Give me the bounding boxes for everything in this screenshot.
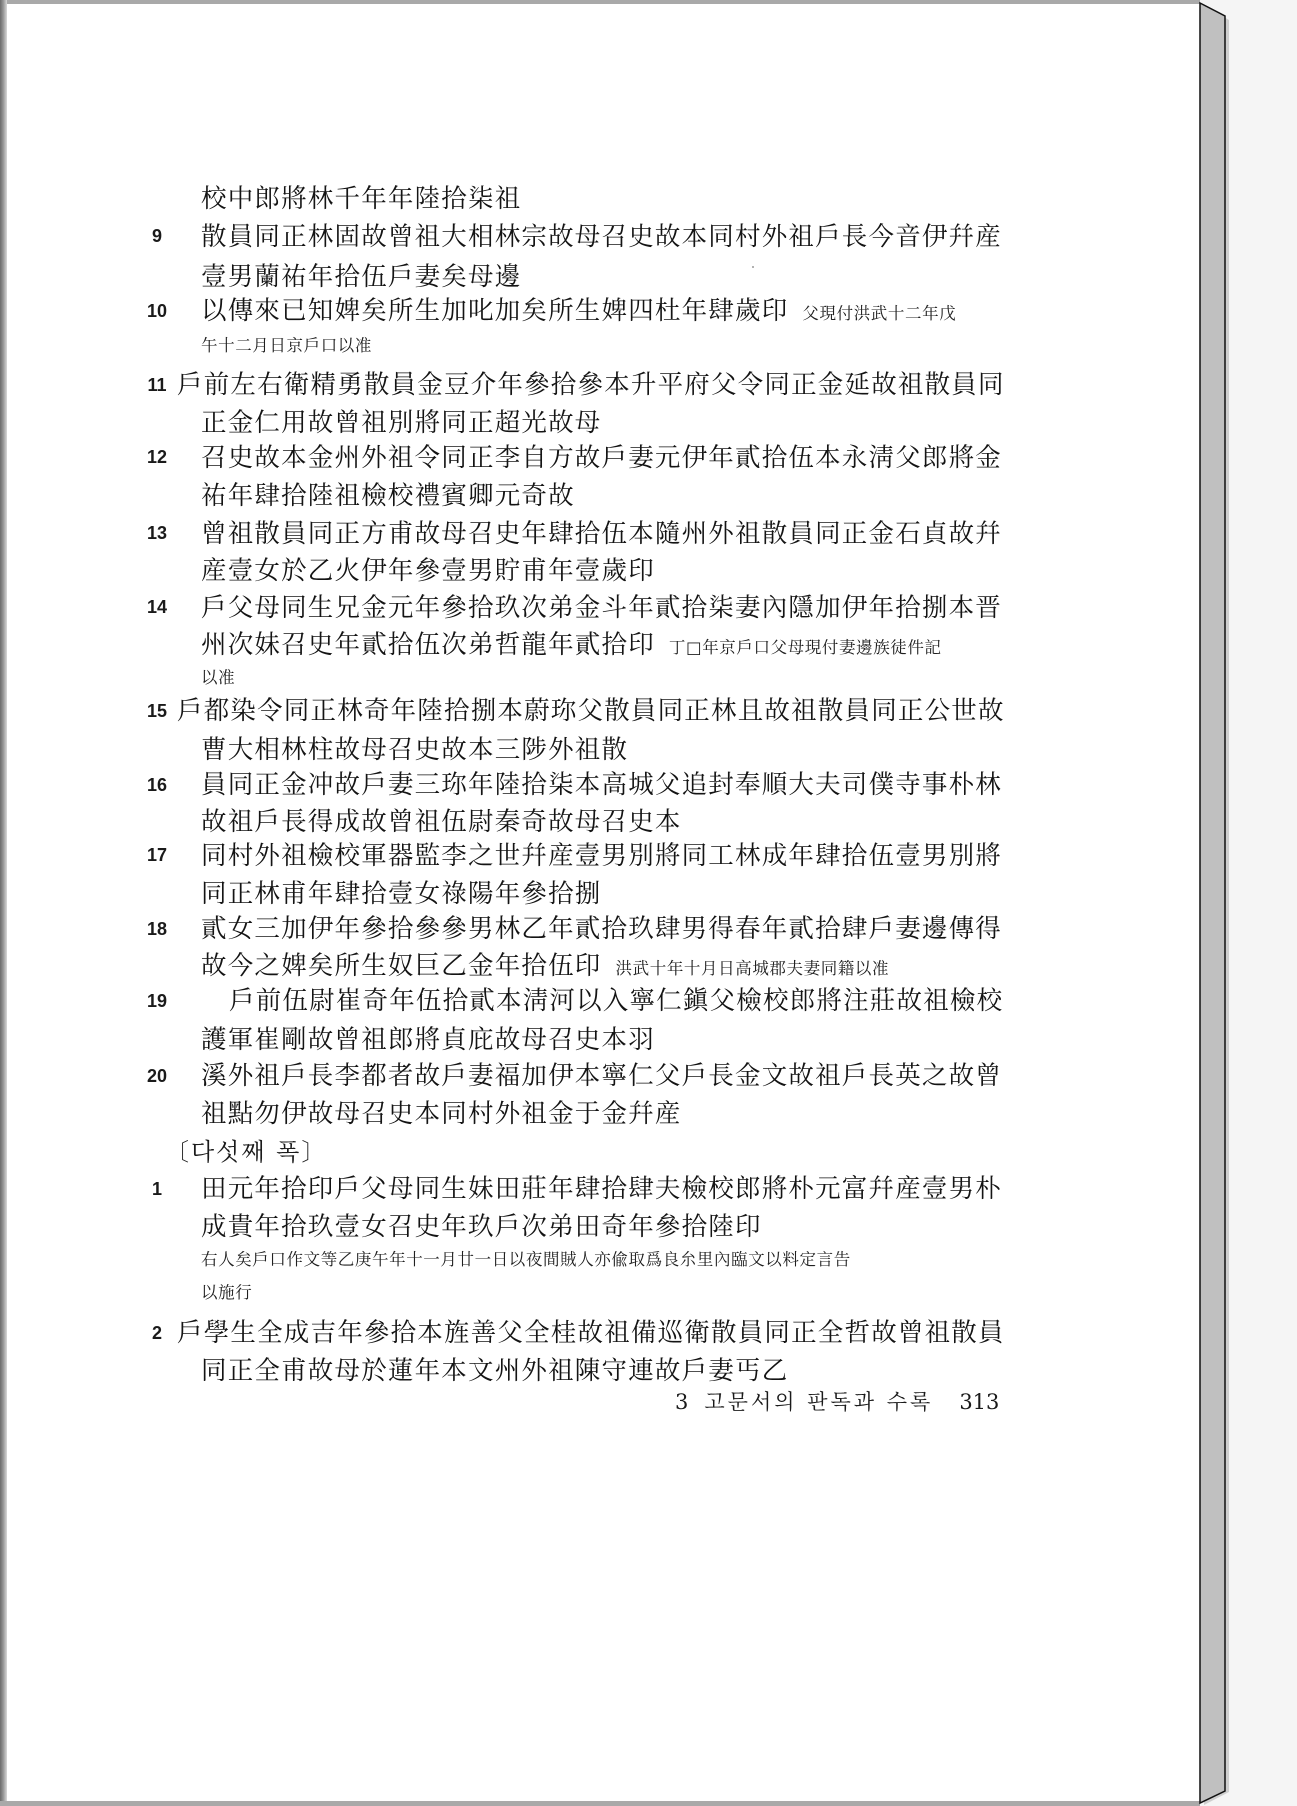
line-number: 18 bbox=[132, 919, 182, 940]
annotation-line: 以准 bbox=[201, 664, 235, 688]
text-line: 以傳來已知婢矣所生加叱加矣所生婢四杜年肆歲印父現付洪武十二年戊 bbox=[201, 291, 956, 327]
annotation-line: 右人矣戶口作文等乙庚午年十一月廿一日以夜間賊人亦偸取爲良厼里內臨文以料定言告 bbox=[201, 1246, 851, 1270]
annotation-note: 丁□年京戶口父母現付妻邊族徒件記 bbox=[669, 638, 942, 657]
text-line: 祐年肆拾陸祖檢校禮賓卿元奇故 bbox=[201, 476, 575, 512]
text-line: 祖點勿伊故母召史本同村外祖金于金幷産 bbox=[201, 1094, 682, 1130]
line-number: 2 bbox=[132, 1323, 182, 1344]
text-line: 田元年拾印戶父母同生妹田莊年肆拾肆夫檢校郎將朴元富幷産壹男朴 bbox=[201, 1169, 1002, 1205]
text-line: 戶父母同生兄金元年參拾玖次弟金斗年貳拾柒妻內隱加伊年拾捌本晋 bbox=[201, 588, 1002, 624]
text-line: 同正全甫故母於蓮年本文州外祖陳守連故戶妻丐乙 bbox=[201, 1351, 788, 1387]
text-line: 同正林甫年肆拾壹女祿陽年參拾捌 bbox=[201, 874, 602, 910]
line-number: 17 bbox=[132, 845, 182, 866]
text-line: 貳女三加伊年參拾參參男林乙年貳拾玖肆男得春年貳拾肆戶妻邊傳得 bbox=[201, 909, 1002, 945]
text-line: 同村外祖檢校軍器監李之世幷産壹男別將同工林成年肆拾伍壹男別將 bbox=[201, 836, 1002, 872]
text-line: 故祖戶長得成故曾祖伍尉秦奇故母召史本 bbox=[201, 802, 682, 838]
main-text-span: 以傳來已知婢矣所生加叱加矣所生婢四杜年肆歲印 bbox=[201, 296, 788, 326]
text-line: 員同正金冲故戶妻三珎年陸拾柒本高城父追封奉順大夫司僕寺事朴林 bbox=[201, 765, 1002, 801]
line-number: 1 bbox=[132, 1179, 182, 1200]
text-line: 正金仁用故曾祖別將同正超光故母 bbox=[201, 403, 602, 439]
page-footer: 3고문서의 판독과 수록313 bbox=[675, 1386, 999, 1416]
page-left-edge-shadow bbox=[0, 0, 7, 1806]
annotation-line: 以施行 bbox=[201, 1279, 252, 1303]
annotation-note: 洪武十年十月日高城郡夫妻同籍以准 bbox=[616, 959, 890, 978]
line-number: 15 bbox=[132, 701, 182, 722]
scan-speck bbox=[752, 266, 754, 268]
section-heading: 〔다섯째 폭〕 bbox=[165, 1132, 327, 1167]
text-line: 戶都染令同正林奇年陸拾捌本蔚珎父散員同正林且故祖散員同正公世故 bbox=[177, 691, 1005, 727]
main-text-span: 故今之婢矣所生奴巨乙金年拾伍印 bbox=[201, 951, 602, 981]
page-bottom-border bbox=[0, 1801, 1200, 1806]
text-line: 産壹女於乙火伊年參壹男貯甫年壹歲印 bbox=[201, 551, 655, 587]
text-line: 溪外祖戶長李都者故戶妻福加伊本寧仁父戶長金文故祖戶長英之故曾 bbox=[201, 1056, 1002, 1092]
line-number: 19 bbox=[132, 991, 182, 1012]
page-number: 313 bbox=[959, 1390, 999, 1414]
text-line: 曹大相林柱故母召史故本三陟外祖散 bbox=[201, 730, 628, 766]
text-line: 曾祖散員同正方甫故母召史年肆拾伍本隨州外祖散員同正金石貞故幷 bbox=[201, 514, 1002, 550]
text-line: 成貴年拾玖壹女召史年玖戶次弟田奇年參拾陸印 bbox=[201, 1207, 762, 1243]
main-text-span: 州次妹召史年貳拾伍次弟哲龍年貳拾印 bbox=[201, 630, 655, 660]
annotation-line: 午十二月日京戶口以准 bbox=[201, 332, 372, 356]
text-line: 召史故本金州外祖令同正李自方故戶妻元伊年貳拾伍本永淸父郎將金 bbox=[201, 438, 1002, 474]
text-line: 戶學生全成吉年參拾本旌善父全桂故祖備巡衛散員同正全哲故曾祖散員 bbox=[177, 1313, 1005, 1349]
line-number: 20 bbox=[132, 1066, 182, 1087]
text-line: 護軍崔剛故曾祖郎將貞庇故母召史本羽 bbox=[201, 1020, 655, 1056]
line-number: 13 bbox=[132, 523, 182, 544]
annotation-note: 父現付洪武十二年戊 bbox=[802, 304, 956, 323]
line-number: 12 bbox=[132, 447, 182, 468]
line-number: 10 bbox=[132, 301, 182, 322]
page-edge-curl bbox=[1195, 0, 1297, 1806]
text-line: 故今之婢矣所生奴巨乙金年拾伍印洪武十年十月日高城郡夫妻同籍以准 bbox=[201, 946, 889, 982]
book-page: 校中郎將林千年年陸拾柒祖 9 散員同正林固故曾祖大相林宗故母召史故本同村外祖戶長… bbox=[7, 4, 1199, 1801]
text-line: 散員同正林固故曾祖大相林宗故母召史故本同村外祖戶長今音伊幷産 bbox=[201, 217, 1002, 253]
text-line: 州次妹召史年貳拾伍次弟哲龍年貳拾印丁□年京戶口父母現付妻邊族徒件記 bbox=[201, 625, 942, 661]
chapter-title: 고문서의 판독과 수록 bbox=[704, 1390, 933, 1414]
line-number: 16 bbox=[132, 775, 182, 796]
text-line: 校中郎將林千年年陸拾柒祖 bbox=[201, 179, 521, 215]
line-number: 14 bbox=[132, 597, 182, 618]
text-line: 壹男蘭祐年拾伍戶妻矣母邊 bbox=[201, 257, 521, 293]
line-number: 11 bbox=[132, 375, 182, 396]
chapter-number: 3 bbox=[675, 1390, 688, 1414]
line-number: 9 bbox=[132, 226, 182, 247]
text-line: 戶前伍尉崔奇年伍拾貳本淸河以入寧仁鎭父檢校郎將注莊故祖檢校 bbox=[229, 981, 1003, 1017]
text-line: 戶前左右衛精勇散員金豆介年參拾參本升平府父令同正金延故祖散員同 bbox=[177, 365, 1005, 401]
document-viewer: 校中郎將林千年年陸拾柒祖 9 散員同正林固故曾祖大相林宗故母召史故本同村外祖戶長… bbox=[0, 0, 1297, 1806]
